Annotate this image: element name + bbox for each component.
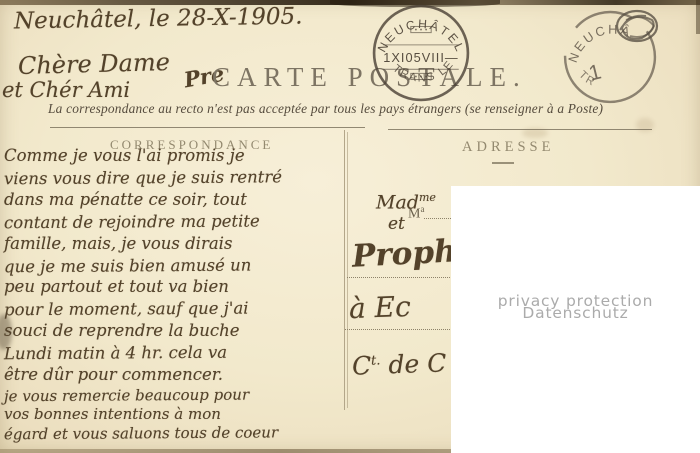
address-header: ADRESSE xyxy=(462,139,554,156)
privacy-overlay: privacy protection Datenschutz xyxy=(451,186,700,453)
card-right-edge xyxy=(696,0,700,34)
address-header-underline xyxy=(492,162,514,164)
postcard-scan: Neuchâtel, le 28-X-1905. Chère Dame et C… xyxy=(0,0,700,453)
message-line: je vous remercie beaucoup pour xyxy=(4,385,362,406)
address-name-handwritten: Proph xyxy=(351,233,457,274)
printed-m-superscript: a xyxy=(420,204,424,214)
message-line: souci de reprendre la buche xyxy=(4,320,362,342)
handwritten-dateline: Neuchâtel, le 28-X-1905. xyxy=(14,3,303,34)
canton-superscript: t. xyxy=(371,353,381,368)
handwritten-salutation-1: Chère Dame xyxy=(18,48,171,80)
message-line: famille, mais, je vous dirais xyxy=(4,233,362,255)
privacy-text-de: Datenschutz xyxy=(451,304,700,322)
handwritten-salutation-2: et Chér Ami xyxy=(2,78,130,102)
address-canton-handwritten: Ct. de C xyxy=(352,348,447,380)
horizontal-rule-left xyxy=(50,127,365,128)
message-line: dans ma pénatte ce soir, tout xyxy=(4,189,362,211)
message-line: vos bonnes intentions à mon xyxy=(4,405,362,424)
message-line: que je me suis bien amusé un xyxy=(4,253,362,277)
canton-rest: de C xyxy=(388,348,447,379)
message-line: peu partout et tout va bien xyxy=(4,276,362,298)
address-dotted-line xyxy=(345,329,450,330)
address-dotted-line xyxy=(347,277,450,278)
message-line: pour le moment, sauf que j'ai xyxy=(4,297,362,321)
message-line: Comme je vous l'ai promis je xyxy=(4,145,362,167)
printed-m-letter: M xyxy=(408,207,420,222)
postmark-neuchatel-left: NEUCHÂTEL 1XI05VIII— TRANS LET xyxy=(370,2,472,104)
madame-superscript: me xyxy=(419,191,436,204)
message-line: être dûr pour commencer. xyxy=(4,364,362,386)
message-line: viens vous dire que je suis rentré xyxy=(4,166,362,190)
stamp-scribble xyxy=(612,6,662,46)
canton-letter: C xyxy=(352,351,372,381)
message-line: égard et vous saluons tous de coeur xyxy=(4,423,362,444)
address-place-handwritten: à Ec xyxy=(348,290,411,325)
message-line: contant de rejoindre ma petite xyxy=(4,209,362,233)
handwritten-message: Comme je vous l'ai promis je viens vous … xyxy=(4,145,362,443)
horizontal-rule-right xyxy=(388,129,652,130)
address-handwritten-madame: Madme xyxy=(376,191,436,213)
printed-m-prefix: Ma xyxy=(408,204,424,223)
address-handwritten-et: et xyxy=(388,214,405,234)
message-line: Lundi matin à 4 hr. cela va xyxy=(4,341,362,365)
address-dotted-line xyxy=(424,218,451,219)
